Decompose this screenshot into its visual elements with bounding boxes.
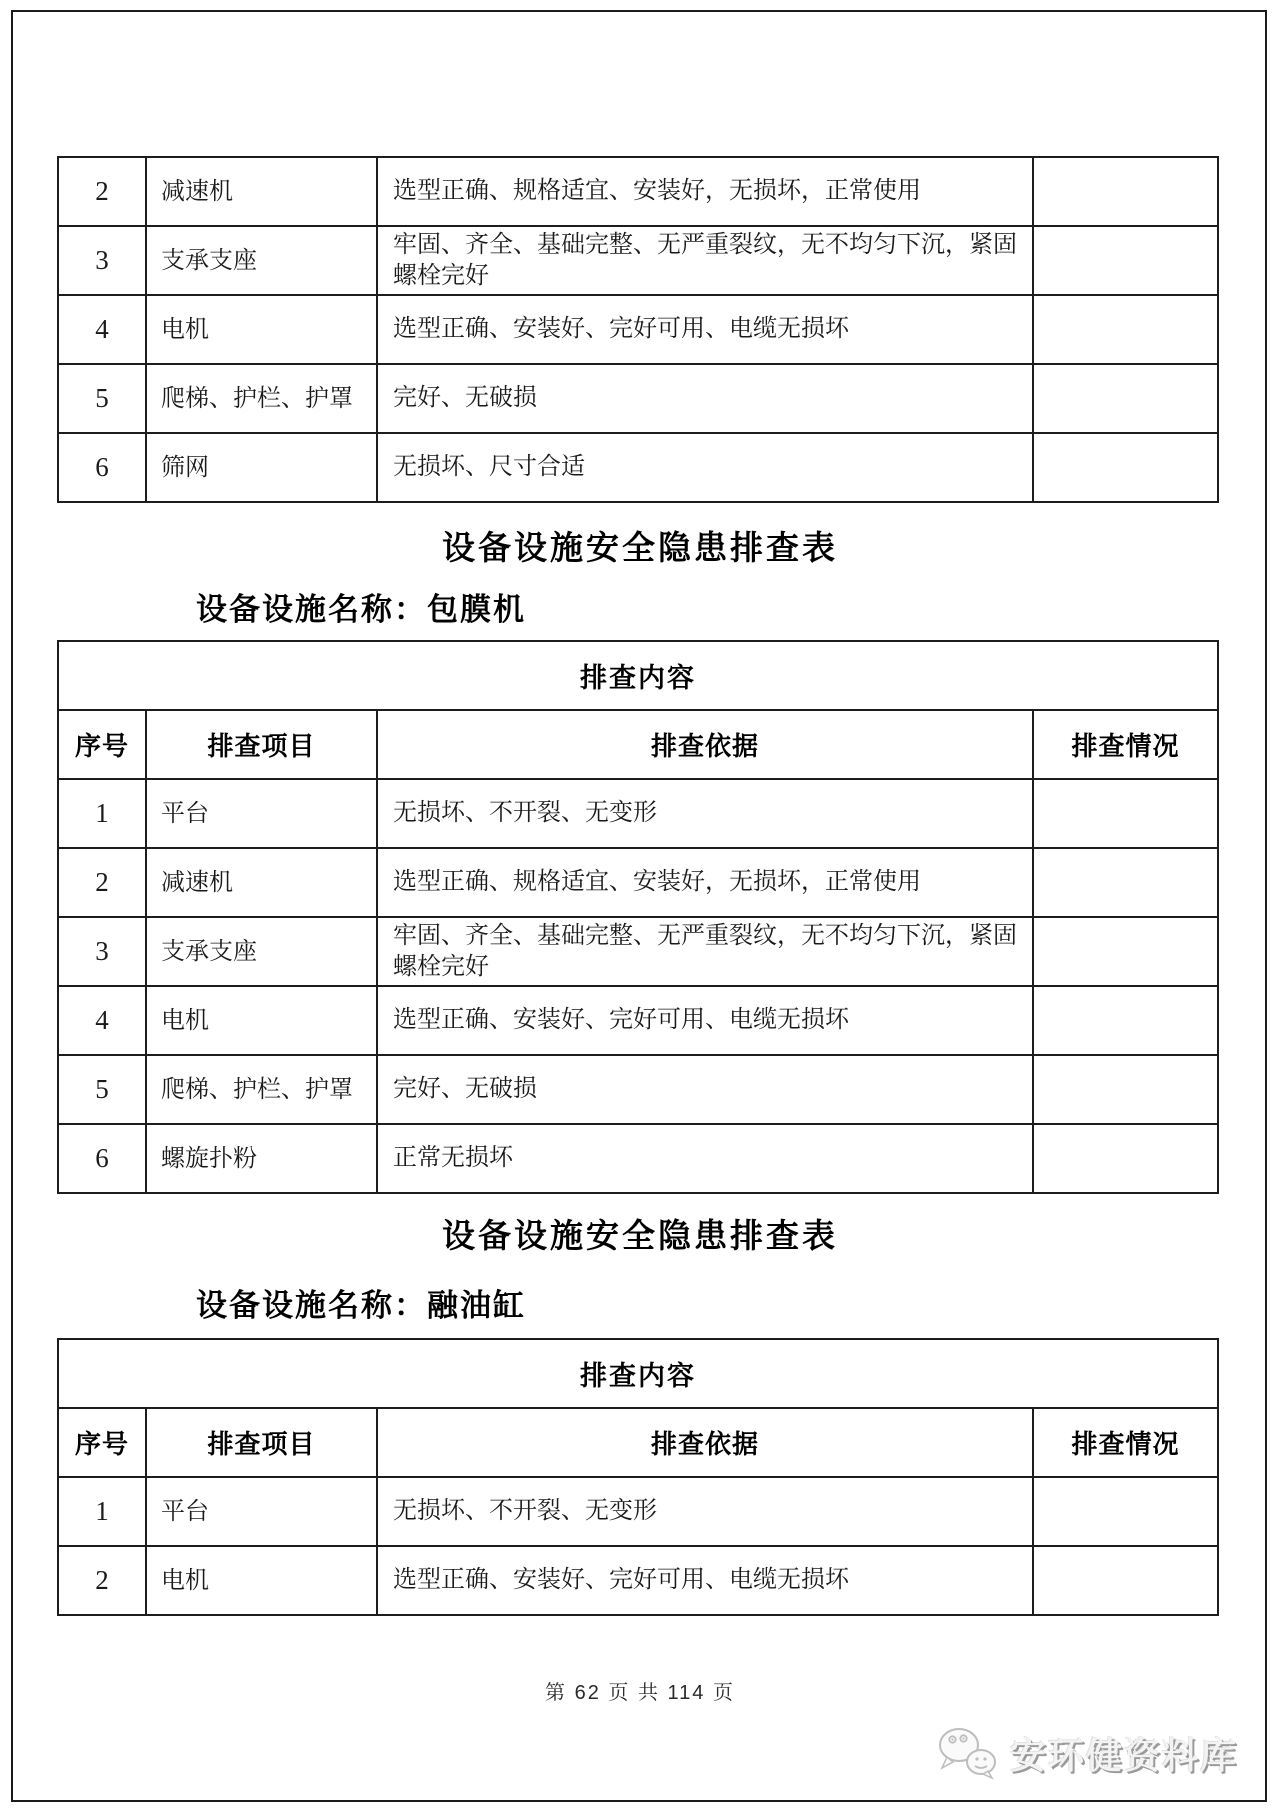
col-header-basis: 排查依据: [377, 710, 1033, 779]
row-status: [1033, 779, 1218, 848]
row-no: 3: [58, 917, 146, 986]
table-row: 2 电机 选型正确、安装好、完好可用、电缆无损坏: [58, 1546, 1218, 1615]
row-no: 6: [58, 1124, 146, 1193]
row-basis: 牢固、齐全、基础完整、无严重裂纹，无不均匀下沉，紧固螺栓完好: [377, 226, 1033, 295]
watermark-text: 安环健资料库: [1010, 1728, 1238, 1779]
table-row: 3 支承支座 牢固、齐全、基础完整、无严重裂纹，无不均匀下沉，紧固螺栓完好: [58, 226, 1218, 295]
col-header-item: 排查项目: [146, 710, 377, 779]
table-row: 2 减速机 选型正确、规格适宜、安装好，无损坏，正常使用: [58, 157, 1218, 226]
col-header-status: 排查情况: [1033, 710, 1218, 779]
row-item: 平台: [146, 779, 377, 848]
row-no: 3: [58, 226, 146, 295]
span-header-cell: 排查内容: [58, 1339, 1218, 1408]
row-basis: 无损坏、不开裂、无变形: [377, 1477, 1033, 1546]
row-status: [1033, 986, 1218, 1055]
col-header-no: 序号: [58, 1408, 146, 1477]
row-item: 螺旋扑粉: [146, 1124, 377, 1193]
row-basis: 完好、无破损: [377, 1055, 1033, 1124]
row-no: 1: [58, 779, 146, 848]
row-no: 2: [58, 1546, 146, 1615]
row-item: 电机: [146, 1546, 377, 1615]
row-status: [1033, 364, 1218, 433]
table-row: 2 减速机 选型正确、规格适宜、安装好，无损坏，正常使用: [58, 848, 1218, 917]
chat-bubbles-icon: [936, 1726, 1000, 1780]
row-item: 爬梯、护栏、护罩: [146, 364, 377, 433]
table-title: 设备设施安全隐患排查表: [0, 522, 1280, 569]
span-header-row: 排查内容: [58, 1339, 1218, 1408]
row-status: [1033, 1124, 1218, 1193]
row-item: 支承支座: [146, 917, 377, 986]
table-row: 4 电机 选型正确、安装好、完好可用、电缆无损坏: [58, 986, 1218, 1055]
row-no: 5: [58, 1055, 146, 1124]
row-basis: 选型正确、安装好、完好可用、电缆无损坏: [377, 986, 1033, 1055]
row-status: [1033, 226, 1218, 295]
table-row: 6 筛网 无损坏、尺寸合适: [58, 433, 1218, 502]
inspection-table-baomoji: 排查内容 序号 排查项目 排查依据 排查情况 1 平台 无损坏、不开裂、无变形 …: [57, 640, 1219, 1194]
row-basis: 选型正确、规格适宜、安装好，无损坏，正常使用: [377, 157, 1033, 226]
row-item: 电机: [146, 295, 377, 364]
row-no: 2: [58, 157, 146, 226]
row-status: [1033, 295, 1218, 364]
row-status: [1033, 1055, 1218, 1124]
document-page: 2 减速机 选型正确、规格适宜、安装好，无损坏，正常使用 3 支承支座 牢固、齐…: [0, 0, 1280, 1810]
row-basis: 无损坏、不开裂、无变形: [377, 779, 1033, 848]
page-number: 第 62 页 共 114 页: [0, 1676, 1280, 1705]
row-basis: 无损坏、尺寸合适: [377, 433, 1033, 502]
row-no: 1: [58, 1477, 146, 1546]
column-header-row: 序号 排查项目 排查依据 排查情况: [58, 710, 1218, 779]
row-status: [1033, 157, 1218, 226]
inspection-table-continued: 2 减速机 选型正确、规格适宜、安装好，无损坏，正常使用 3 支承支座 牢固、齐…: [57, 156, 1219, 503]
col-header-basis: 排查依据: [377, 1408, 1033, 1477]
row-basis: 完好、无破损: [377, 364, 1033, 433]
col-header-no: 序号: [58, 710, 146, 779]
row-basis: 选型正确、安装好、完好可用、电缆无损坏: [377, 1546, 1033, 1615]
table-title: 设备设施安全隐患排查表: [0, 1210, 1280, 1257]
row-basis: 选型正确、安装好、完好可用、电缆无损坏: [377, 295, 1033, 364]
table-row: 5 爬梯、护栏、护罩 完好、无破损: [58, 364, 1218, 433]
row-status: [1033, 1477, 1218, 1546]
row-basis: 选型正确、规格适宜、安装好，无损坏，正常使用: [377, 848, 1033, 917]
row-item: 平台: [146, 1477, 377, 1546]
row-no: 4: [58, 986, 146, 1055]
column-header-row: 序号 排查项目 排查依据 排查情况: [58, 1408, 1218, 1477]
row-basis: 正常无损坏: [377, 1124, 1033, 1193]
table-row: 1 平台 无损坏、不开裂、无变形: [58, 1477, 1218, 1546]
row-no: 5: [58, 364, 146, 433]
device-name-line: 设备设施名称：包膜机: [196, 584, 526, 629]
row-item: 减速机: [146, 157, 377, 226]
row-no: 4: [58, 295, 146, 364]
table-row: 1 平台 无损坏、不开裂、无变形: [58, 779, 1218, 848]
row-item: 爬梯、护栏、护罩: [146, 1055, 377, 1124]
row-item: 支承支座: [146, 226, 377, 295]
table-row: 4 电机 选型正确、安装好、完好可用、电缆无损坏: [58, 295, 1218, 364]
table-row: 6 螺旋扑粉 正常无损坏: [58, 1124, 1218, 1193]
inspection-table-rongyougang: 排查内容 序号 排查项目 排查依据 排查情况 1 平台 无损坏、不开裂、无变形 …: [57, 1338, 1219, 1616]
span-header-row: 排查内容: [58, 641, 1218, 710]
row-basis: 牢固、齐全、基础完整、无严重裂纹，无不均匀下沉，紧固螺栓完好: [377, 917, 1033, 986]
row-item: 筛网: [146, 433, 377, 502]
row-no: 2: [58, 848, 146, 917]
row-status: [1033, 848, 1218, 917]
watermark: 安环健资料库: [936, 1726, 1238, 1780]
col-header-status: 排查情况: [1033, 1408, 1218, 1477]
table-row: 5 爬梯、护栏、护罩 完好、无破损: [58, 1055, 1218, 1124]
table-row: 3 支承支座 牢固、齐全、基础完整、无严重裂纹，无不均匀下沉，紧固螺栓完好: [58, 917, 1218, 986]
row-status: [1033, 1546, 1218, 1615]
row-item: 电机: [146, 986, 377, 1055]
row-status: [1033, 917, 1218, 986]
row-item: 减速机: [146, 848, 377, 917]
row-status: [1033, 433, 1218, 502]
col-header-item: 排查项目: [146, 1408, 377, 1477]
row-no: 6: [58, 433, 146, 502]
span-header-cell: 排查内容: [58, 641, 1218, 710]
device-name-line: 设备设施名称：融油缸: [196, 1280, 526, 1325]
